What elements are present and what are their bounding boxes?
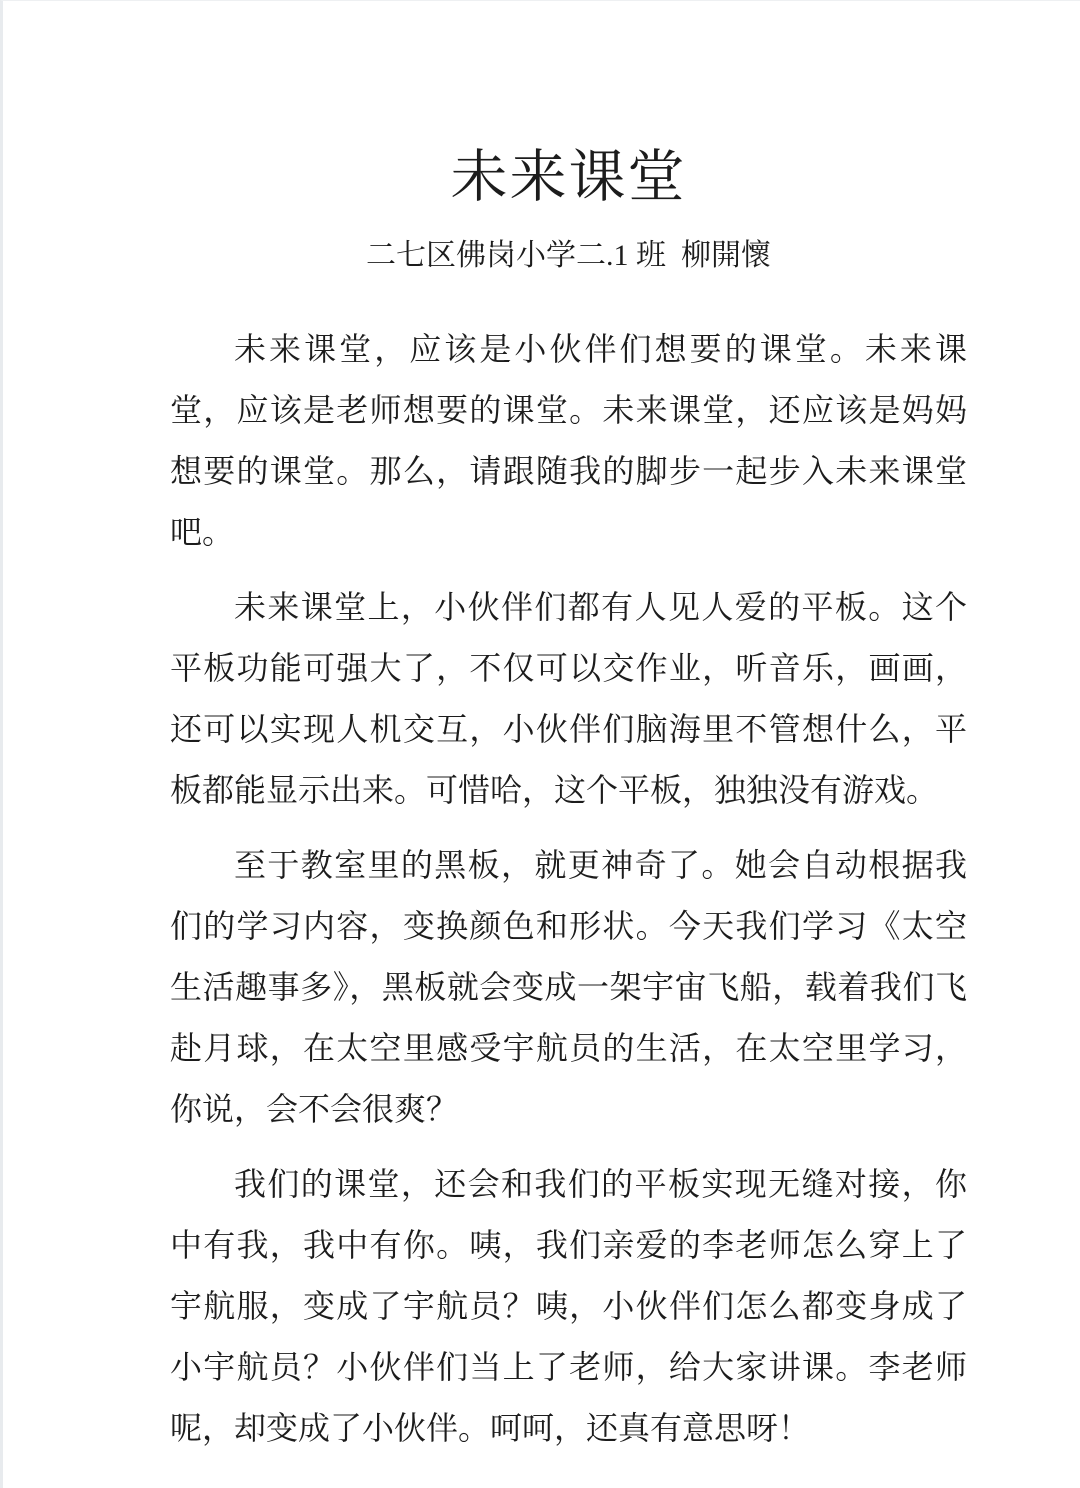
essay-paragraph-4: 我们的课堂，还会和我们的平板实现无缝对接，你中有我，我中有你。咦，我们亲爱的李老… <box>170 1154 967 1459</box>
essay-body: 未来课堂，应该是小伙伴们想要的课堂。未来课堂，应该是老师想要的课堂。未来课堂，还… <box>170 319 967 1459</box>
essay-title: 未来课堂 <box>170 1 967 211</box>
essay-paragraph-3: 至于教室里的黑板，就更神奇了。她会自动根据我们的学习内容，变换颜色和形状。今天我… <box>170 835 967 1140</box>
document-page: 未来课堂 二七区佛岗小学二.1 班 柳開懷 未来课堂，应该是小伙伴们想要的课堂。… <box>0 0 1080 1488</box>
essay-byline: 二七区佛岗小学二.1 班 柳開懷 <box>170 239 967 274</box>
essay-paragraph-2: 未来课堂上，小伙伴们都有人见人爱的平板。这个平板功能可强大了，不仅可以交作业，听… <box>170 577 967 821</box>
essay-paragraph-1: 未来课堂，应该是小伙伴们想要的课堂。未来课堂，应该是老师想要的课堂。未来课堂，还… <box>170 319 967 563</box>
document-content: 未来课堂 二七区佛岗小学二.1 班 柳開懷 未来课堂，应该是小伙伴们想要的课堂。… <box>3 1 1080 1459</box>
